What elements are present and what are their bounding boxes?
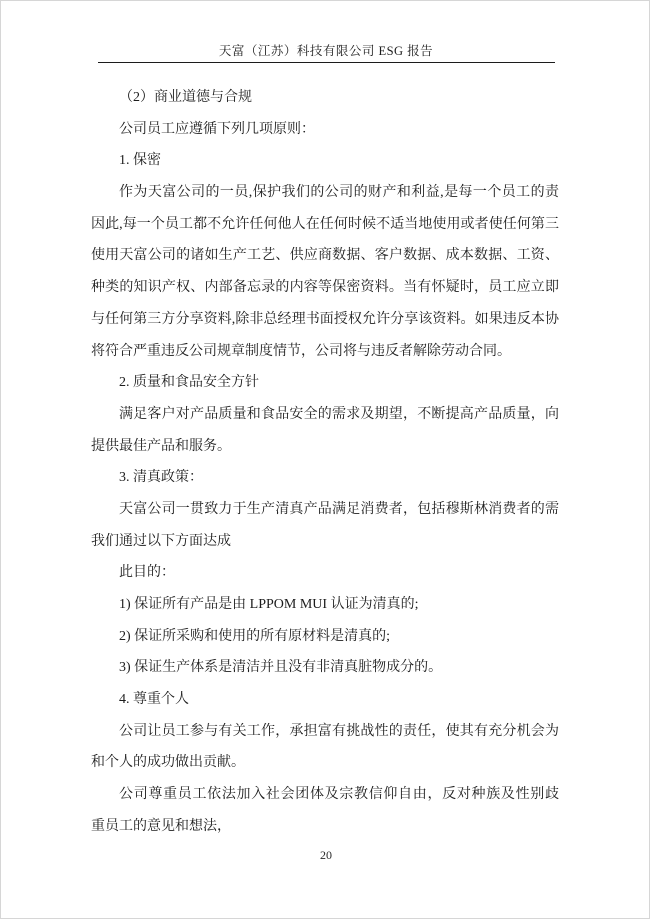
text-line: 此目的：	[91, 557, 559, 589]
document-header-title: 天富（江苏）科技有限公司 ESG 报告	[93, 41, 559, 59]
text-line: 将符合严重违反公司规章制度情节，公司将与违反者解除劳动合同。	[91, 336, 559, 368]
text-line: 满足客户对产品质量和食品安全的需求及期望，不断提高产品质量，向客户	[91, 399, 559, 431]
text-line: 4. 尊重个人	[91, 684, 559, 716]
text-line: 天富公司一贯致力于生产清真产品满足消费者，包括穆斯林消费者的需要。	[91, 494, 559, 526]
text-line: 3) 保证生产体系是清洁并且没有非清真脏物成分的。	[91, 652, 559, 684]
text-line: 2. 质量和食品安全方针	[91, 367, 559, 399]
document-page: 天富（江苏）科技有限公司 ESG 报告 （2）商业道德与合规公司员工应遵循下列几…	[0, 0, 650, 919]
text-line: 1. 保密	[91, 145, 559, 177]
text-line: 种类的知识产权、内部备忘录的内容等保密资料。当有怀疑时，员工应立即停止	[91, 272, 559, 304]
text-line: 提供最佳产品和服务。	[91, 431, 559, 463]
text-line: 与任何第三方分享资料,除非总经理书面授权允许分享该资料。如果违反本协议,	[91, 304, 559, 336]
text-line: 我们通过以下方面达成	[91, 526, 559, 558]
text-line: （2）商业道德与合规	[91, 82, 559, 114]
text-line: 1) 保证所有产品是由 LPPOM MUI 认证为清真的;	[91, 589, 559, 621]
text-line: 2) 保证所采购和使用的所有原材料是清真的;	[91, 621, 559, 653]
text-line: 公司让员工参与有关工作，承担富有挑战性的责任，使其有充分机会为公司	[91, 716, 559, 748]
text-line: 公司员工应遵循下列几项原则：	[91, 114, 559, 146]
text-line: 和个人的成功做出贡献。	[91, 747, 559, 779]
text-line: 公司尊重员工依法加入社会团体及宗教信仰自由，反对种族及性别歧视，尊	[91, 779, 559, 811]
text-line: 作为天富公司的一员,保护我们的公司的财产和利益,是每一个员工的责任。	[91, 177, 559, 209]
page-number: 20	[1, 848, 650, 863]
text-line: 3. 清真政策：	[91, 462, 559, 494]
document-body: （2）商业道德与合规公司员工应遵循下列几项原则：1. 保密作为天富公司的一员,保…	[91, 82, 559, 843]
text-line: 使用天富公司的诸如生产工艺、供应商数据、客户数据、成本数据、工资、任何	[91, 240, 559, 272]
header-divider	[98, 62, 555, 63]
text-line: 因此,每一个员工都不允许任何他人在任何时候不适当地使用或者使任何第三方	[91, 209, 559, 241]
text-line: 重员工的意见和想法，	[91, 811, 559, 843]
